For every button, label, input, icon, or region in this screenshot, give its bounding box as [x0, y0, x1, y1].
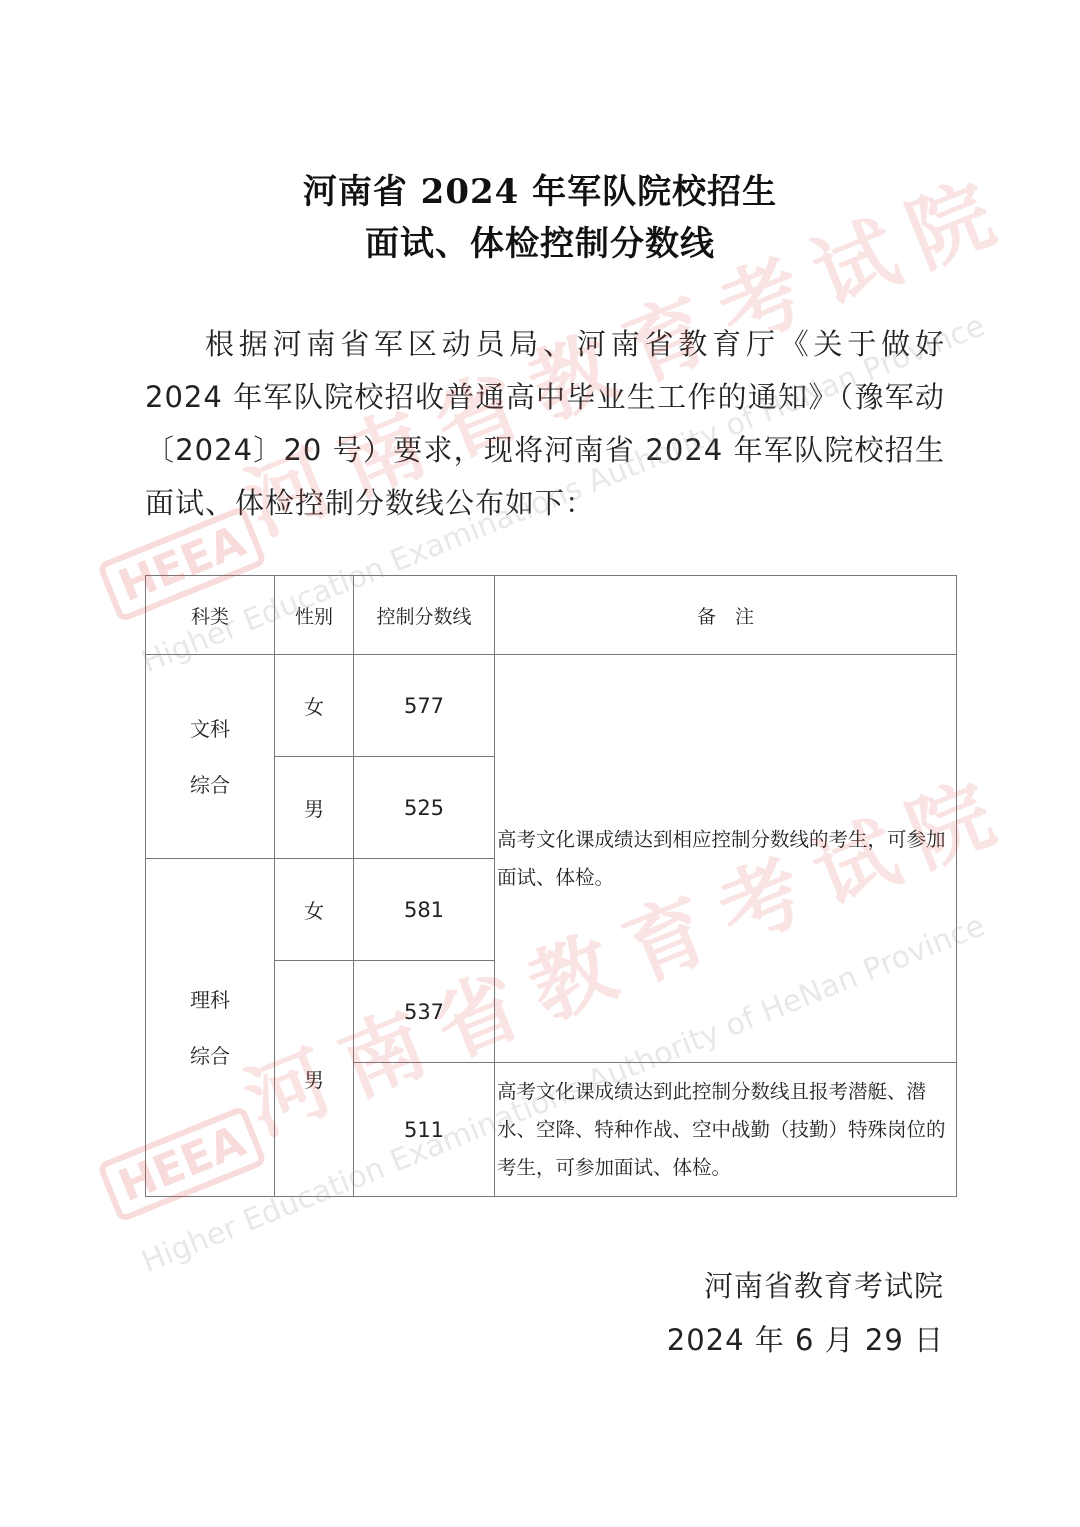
score-cell: 537 — [354, 961, 495, 1063]
subject-cell: 理科 综合 — [146, 859, 275, 1197]
table-header-row: 科类 性别 控制分数线 备 注 — [146, 576, 957, 655]
gender-cell: 男 — [275, 757, 354, 859]
title-line-2: 面试、体检控制分数线 — [0, 216, 1080, 265]
score-cell: 581 — [354, 859, 495, 961]
header-subject: 科类 — [146, 576, 275, 655]
note-cell: 高考文化课成绩达到此控制分数线且报考潜艇、潜水、空降、特种作战、空中战勤（技勤）… — [495, 1063, 957, 1197]
gender-cell: 女 — [275, 859, 354, 961]
score-cell: 577 — [354, 655, 495, 757]
gender-cell: 男 — [275, 961, 354, 1197]
note-cell: 高考文化课成绩达到相应控制分数线的考生，可参加面试、体检。 — [495, 655, 957, 1063]
subject-line-1: 文科 — [146, 701, 274, 757]
header-notes: 备 注 — [495, 576, 957, 655]
header-score: 控制分数线 — [354, 576, 495, 655]
subject-line-2: 综合 — [146, 757, 274, 813]
score-cell: 511 — [354, 1063, 495, 1197]
subject-line-2: 综合 — [146, 1028, 274, 1084]
title-line-1: 河南省 2024 年军队院校招生 — [0, 164, 1080, 213]
score-table: 科类 性别 控制分数线 备 注 文科 综合 女 577 高考文化课成绩达到相应控… — [145, 575, 957, 1197]
subject-line-1: 理科 — [146, 972, 274, 1028]
body-paragraph: 根据河南省军区动员局、河南省教育厅《关于做好 2024 年军队院校招收普通高中毕… — [145, 318, 945, 530]
header-gender: 性别 — [275, 576, 354, 655]
gender-cell: 女 — [275, 655, 354, 757]
score-cell: 525 — [354, 757, 495, 859]
table-row: 文科 综合 女 577 高考文化课成绩达到相应控制分数线的考生，可参加面试、体检… — [146, 655, 957, 757]
subject-cell: 文科 综合 — [146, 655, 275, 859]
signature-organization: 河南省教育考试院 — [704, 1264, 944, 1305]
signature-date: 2024 年 6 月 29 日 — [667, 1318, 944, 1359]
